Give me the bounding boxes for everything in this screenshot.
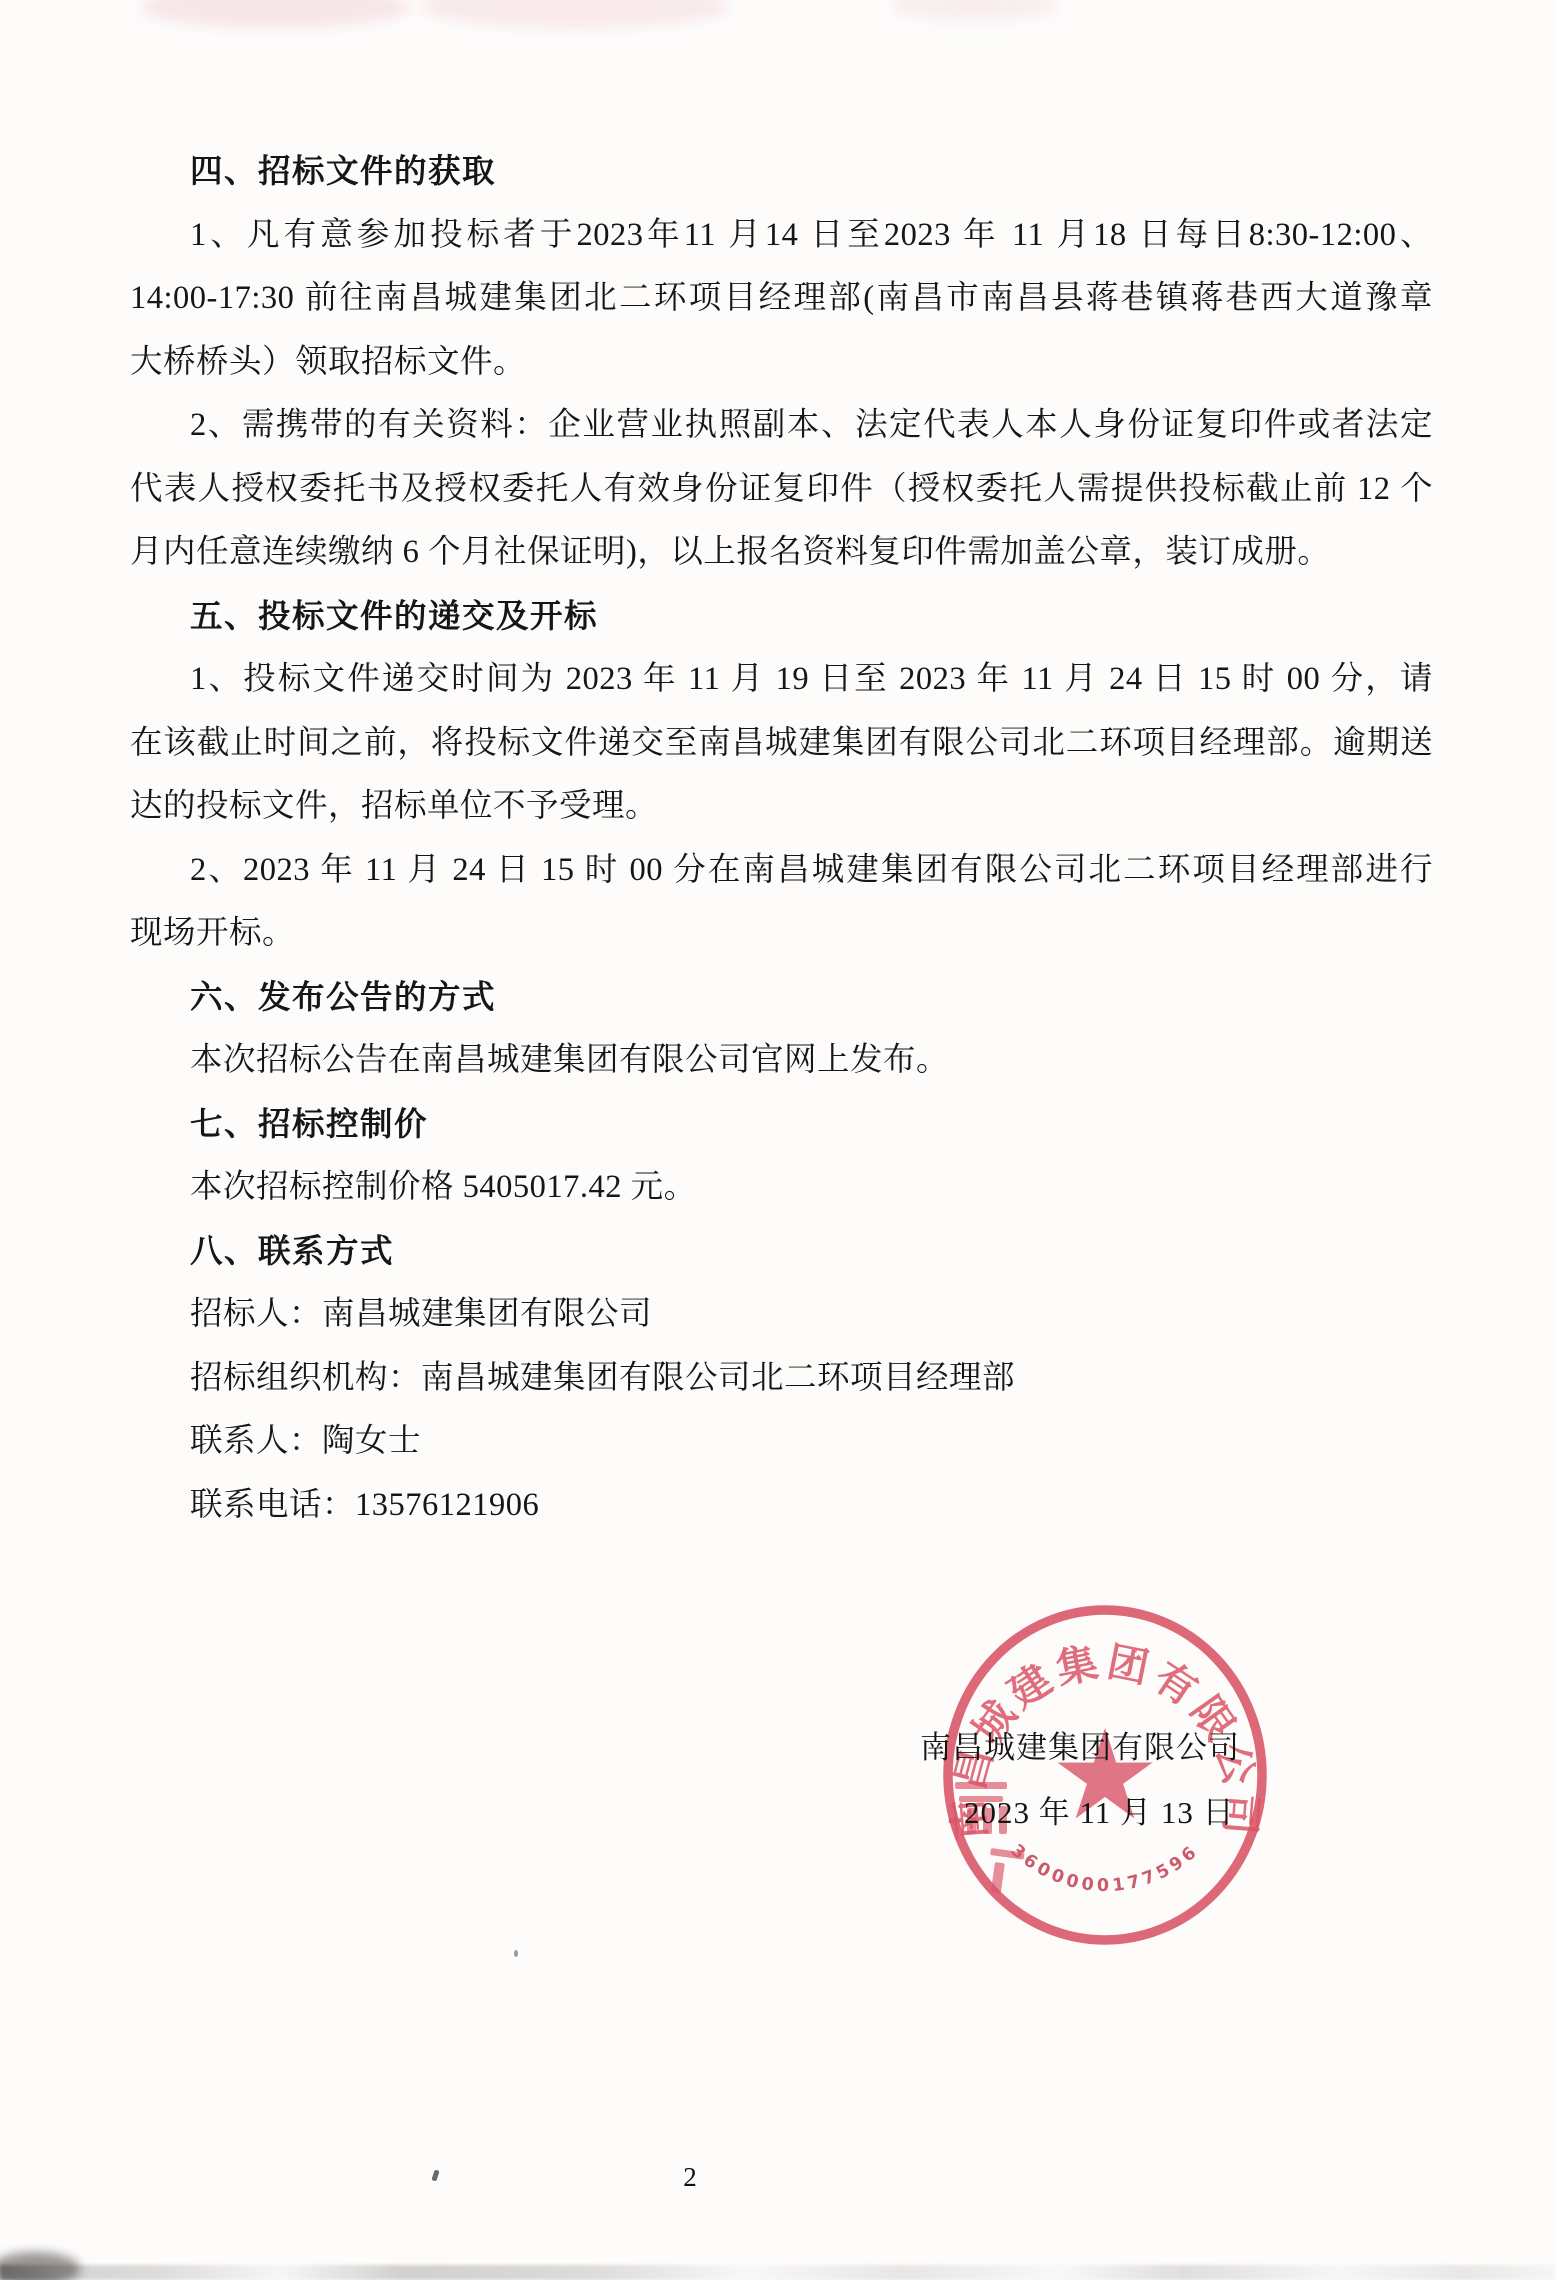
- text-line: 在该截止时间之前，将投标文件递交至南昌城建集团有限公司北二环项目经理部。逾期送: [130, 712, 1433, 776]
- text-line: 招标组织机构：南昌城建集团有限公司北二环项目经理部: [130, 1347, 1433, 1411]
- seal-serial-number: 3600000177596: [1007, 1841, 1204, 1896]
- section-heading: 六、发布公告的方式: [130, 966, 1433, 1030]
- section-heading: 五、投标文件的递交及开标: [130, 585, 1433, 649]
- signature-date: 2023 年 11 月 13 日: [964, 1787, 1235, 1832]
- scan-corner-smudge: [0, 2252, 80, 2280]
- text-line: 现场开标。: [130, 902, 1433, 966]
- text-line: 1、投标文件递交时间为 2023 年 11 月 19 日至 2023 年 11 …: [130, 648, 1433, 712]
- ink-bleed-smudge: [420, 0, 730, 28]
- scanned-page: 四、招标文件的获取1、凡有意参加投标者于2023年11 月14 日至2023 年…: [0, 0, 1556, 2280]
- scan-edge-band: [0, 2265, 1556, 2280]
- ink-bleed-smudge: [140, 0, 410, 28]
- document-body: 四、招标文件的获取1、凡有意参加投标者于2023年11 月14 日至2023 年…: [130, 140, 1433, 1537]
- section-heading: 四、招标文件的获取: [130, 140, 1433, 204]
- page-number: 2: [670, 2162, 710, 2193]
- svg-text:3600000177596: 3600000177596: [1007, 1841, 1204, 1896]
- text-line: 达的投标文件，招标单位不予受理。: [130, 775, 1433, 839]
- company-seal: 南昌城建集团有限公司 3600000177596: [933, 1596, 1278, 1958]
- ink-bleed-smudge: [890, 0, 1060, 22]
- text-line: 14:00-17:30 前往南昌城建集团北二环项目经理部(南昌市南昌县蒋巷镇蒋巷…: [130, 267, 1433, 331]
- text-line: 联系电话：13576121906: [130, 1474, 1433, 1538]
- scan-speck: [514, 1950, 518, 1957]
- text-line: 大桥桥头）领取招标文件。: [130, 331, 1433, 395]
- text-line: 1、凡有意参加投标者于2023年11 月14 日至2023 年 11 月18 日…: [130, 204, 1433, 268]
- text-line: 2、2023 年 11 月 24 日 15 时 00 分在南昌城建集团有限公司北…: [130, 839, 1433, 903]
- text-line: 本次招标控制价格 5405017.42 元。: [130, 1156, 1433, 1220]
- section-heading: 八、联系方式: [130, 1220, 1433, 1284]
- section-heading: 七、招标控制价: [130, 1093, 1433, 1157]
- text-line: 月内任意连续缴纳 6 个月社保证明)，以上报名资料复印件需加盖公章，装订成册。: [130, 521, 1433, 585]
- signature-company: 南昌城建集团有限公司: [920, 1722, 1240, 1767]
- text-line: 联系人：陶女士: [130, 1410, 1433, 1474]
- text-line: 代表人授权委托书及授权委托人有效身份证复印件（授权委托人需提供投标截止前 12 …: [130, 458, 1433, 522]
- text-line: 本次招标公告在南昌城建集团有限公司官网上发布。: [130, 1029, 1433, 1093]
- text-line: 招标人：南昌城建集团有限公司: [130, 1283, 1433, 1347]
- text-line: 2、需携带的有关资料：企业营业执照副本、法定代表人本人身份证复印件或者法定: [130, 394, 1433, 458]
- scan-speck: [431, 2169, 439, 2181]
